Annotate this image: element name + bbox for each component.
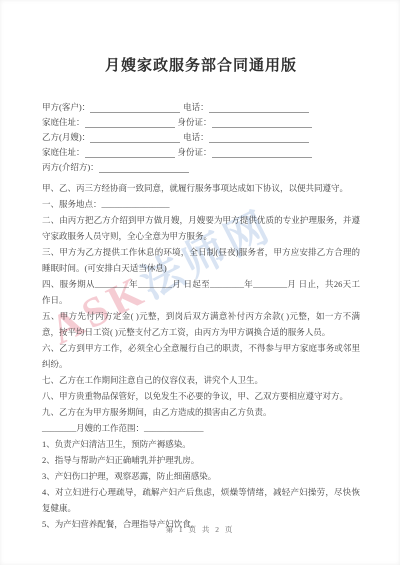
document-title: 月嫂家政服务部合同通用版 [42, 54, 360, 75]
contract-paragraph: 八、甲方贵重物品保管好，以免发生不必要的争议，甲、乙双方要相应遵守对方。 [42, 388, 360, 404]
contract-paragraph: 4、对立妇进行心理疏导，疏解产妇产后焦虑，烦燥等情绪，减轻产妇操劳，尽快恢复健康… [42, 484, 360, 516]
contract-paragraph: 五、甲方先付丙方定金( )元整，到岗后双方满意补付丙方余款( )元整，如一方不满… [42, 308, 360, 340]
contract-page: ASK法师网 月嫂家政服务部合同通用版 甲方(客户)： 电话： 家庭住址： 身份… [0, 0, 400, 565]
contract-clauses: 甲、乙、丙三方经协商一致同意，就履行服务事项达成如下协议，以便共同遵守。 一、服… [42, 180, 360, 532]
fill-in-blank-line [85, 118, 175, 128]
party-label: 电话： [183, 101, 209, 113]
contract-paragraph: 1、负责产妇清洁卫生，预防产褥感染。 [42, 436, 360, 452]
party-label: 家庭住址： [42, 116, 85, 128]
party-label: 身份证： [178, 116, 212, 128]
document-content: 月嫂家政服务部合同通用版 甲方(客户)： 电话： 家庭住址： 身份证： 乙方(月… [0, 54, 400, 532]
party-row: 家庭住址： 身份证： [42, 113, 360, 128]
contract-paragraph: 二、由丙方把乙方介绍到甲方做月嫂，月嫂要为甲方提供优质的专业护理服务，并遵守家政… [42, 212, 360, 244]
contract-paragraph: 3、产妇伤口护理，观察恶露，防止细菌感染。 [42, 468, 360, 484]
contract-paragraph: 2、指导与帮助产妇正确哺乳并护理乳房。 [42, 452, 360, 468]
contract-paragraph: 四、服务期从________年________月 日起至________年___… [42, 276, 360, 308]
fill-in-blank-line [209, 103, 309, 113]
fill-in-blank-line [212, 148, 312, 158]
contract-paragraph: ________月嫂的工作范围：______________ [42, 420, 360, 436]
party-label: 电话： [183, 131, 209, 143]
fill-in-blank-line [90, 103, 180, 113]
party-row: 家庭住址： 身份证： [42, 143, 360, 158]
party-label: 乙方(月嫂)： [42, 131, 90, 143]
page-number: 第 1 页 共 2 页 [0, 524, 400, 535]
contract-paragraph: 甲、乙、丙三方经协商一致同意，就履行服务事项达成如下协议，以便共同遵守。 [42, 180, 360, 196]
party-row: 乙方(月嫂)： 电话： [42, 128, 360, 143]
party-row: 丙方(介绍方)： [42, 158, 360, 173]
contract-paragraph: 七、乙方在工作期间注意自己的仪容仪表，讲究个人卫生。 [42, 372, 360, 388]
contract-paragraph: 六、乙方到甲方工作，必须全心全意履行自己的职责，不得参与甲方家庭事务或邻里纠纷。 [42, 340, 360, 372]
contract-paragraph: 一、服务地点：________________ [42, 196, 360, 212]
contract-paragraph: 九、乙方在为甲方服务期间，由乙方造成的损害由乙方负责。 [42, 404, 360, 420]
fill-in-blank-line [99, 163, 189, 173]
fill-in-blank-line [90, 133, 180, 143]
party-label: 身份证： [178, 146, 212, 158]
party-label: 甲方(客户)： [42, 101, 90, 113]
fill-in-blank-line [209, 133, 309, 143]
party-row: 甲方(客户)： 电话： [42, 98, 360, 113]
party-label: 丙方(介绍方)： [42, 161, 99, 173]
party-info-block: 甲方(客户)： 电话： 家庭住址： 身份证： 乙方(月嫂)： 电话： 家庭住址：… [42, 98, 360, 173]
fill-in-blank-line [85, 148, 175, 158]
fill-in-blank-line [212, 118, 312, 128]
contract-paragraph: 三、甲方为乙方提供工作休息的环境，全日制(昼夜)服务者，甲方应安排乙方合理的睡眠… [42, 244, 360, 276]
party-label: 家庭住址： [42, 146, 85, 158]
